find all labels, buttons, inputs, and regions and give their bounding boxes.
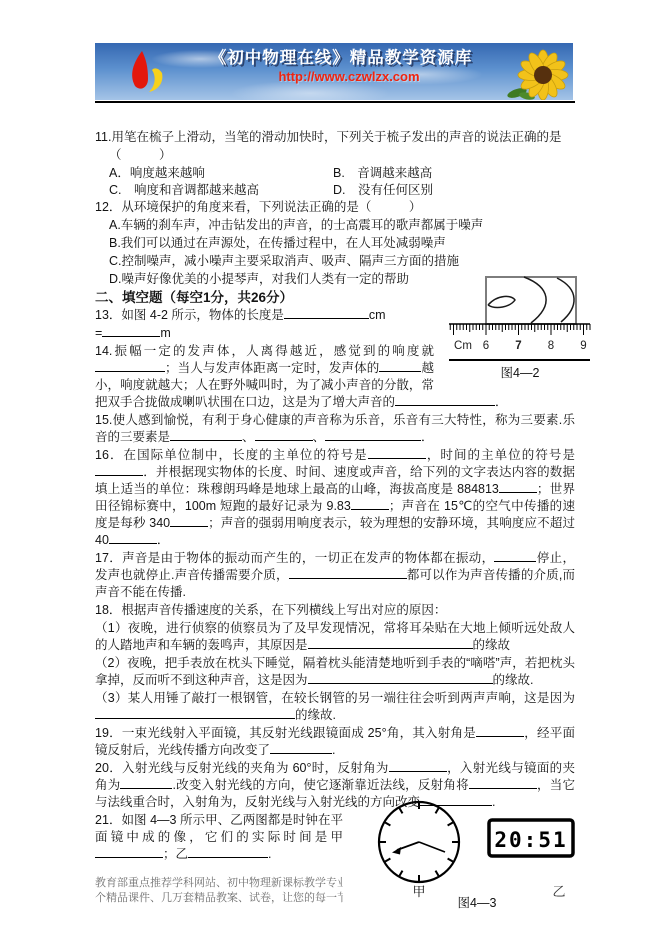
- answer-blank: [109, 532, 157, 544]
- svg-text:7: 7: [515, 340, 521, 352]
- answer-blank: [325, 429, 421, 441]
- digital-clock-time: 20:51: [494, 828, 567, 852]
- question-11-stem: 11.用笔在梳子上滑动，当笔的滑动加快时，下列关于梳子发出的声音的说法正确的是: [95, 129, 575, 146]
- answer-blank: [499, 481, 537, 493]
- figure-4-3: 20:51 甲 乙 图4—3: [347, 800, 575, 912]
- answer-blank: [95, 464, 143, 476]
- figure-4-2-caption: 图4—2: [501, 366, 540, 380]
- question-18-part2: （2）夜晚，把手表放在枕头下睡觉，隔着枕头能清楚地听到手表的“嘀嗒”声，若把枕头…: [95, 655, 575, 689]
- answer-blank: [420, 794, 492, 806]
- clock-figure: 20:51 甲 乙 图4—3: [347, 800, 575, 912]
- label-jia: 甲: [412, 884, 425, 899]
- answer-blank: [170, 429, 242, 441]
- question-18-part3: （3）某人用锤了敲打一根钢管，在较长钢管的另一端往往会听到两声声响，这是因为的缘…: [95, 690, 575, 724]
- svg-text:8: 8: [548, 340, 554, 352]
- page-footer: 教育部重点推荐学科网站、初中物理新课标教学专业性网站…【社 个精品课件、几万套精…: [95, 876, 343, 906]
- banner-rule: [95, 101, 575, 103]
- exam-page: 《初中物理在线》精品教学资源库 http://www.czwlzx.com: [95, 0, 575, 906]
- answer-blank: [494, 550, 536, 562]
- svg-text:9: 9: [580, 340, 586, 352]
- answer-blank: [289, 567, 407, 579]
- answer-blank: [351, 498, 389, 510]
- answer-blank: [95, 846, 163, 858]
- option-11b: B. 音调越来越高: [333, 165, 432, 182]
- footer-line-1: 教育部重点推荐学科网站、初中物理新课标教学专业性网站…【社: [95, 876, 343, 891]
- ruler-tick-marks: [450, 324, 590, 335]
- ruler-figure: Cm 6 7 8 9 图4—2: [440, 269, 592, 383]
- option-12b: B.我们可以通过在声源处，在传播过程中，在人耳处减弱噪声: [95, 235, 575, 252]
- answer-blank: [188, 846, 268, 858]
- question-15: 15.使人感到愉悦，有利于身心健康的声音称为乐音，乐音有三大特性，称为三要素.乐…: [95, 412, 575, 446]
- option-11c: C. 响度和音调都越来越高: [109, 182, 333, 199]
- answer-blank: [308, 637, 473, 649]
- ruler-unit-label: Cm: [454, 340, 472, 352]
- option-11d: D. 没有任何区别: [333, 182, 433, 199]
- clock-hand-arrowhead: [392, 847, 401, 855]
- answer-blank: [102, 325, 160, 337]
- sunflower-image: [505, 49, 569, 100]
- banner-title: 《初中物理在线》精品教学资源库: [95, 43, 573, 67]
- question-11-paren: （ ）: [95, 147, 575, 164]
- site-banner: 《初中物理在线》精品教学资源库 http://www.czwlzx.com: [95, 43, 573, 100]
- answer-blank: [389, 760, 447, 772]
- svg-text:6: 6: [483, 340, 489, 352]
- answer-blank: [95, 707, 295, 719]
- figure-4-3-caption: 图4—3: [458, 896, 497, 910]
- question-12-stem: 12．从环境保护的角度来看，下列说法正确的是（ ）: [95, 199, 575, 216]
- label-yi: 乙: [552, 884, 565, 899]
- answer-blank: [368, 447, 426, 459]
- footer-line-2: 个精品课件、几万套精品教案、试卷，让您的每一节课都能在这里: [95, 891, 343, 906]
- question-18-stem: 18．根据声音传播速度的关系，在下列横线上写出对应的原因：: [95, 602, 575, 619]
- ruler-tick-labels: Cm 6 7 8 9: [454, 340, 587, 352]
- question-16: 16．在国际单位制中，长度的主单位的符号是，时间的主单位的符号是．并根据现实物体…: [95, 447, 575, 549]
- question-19: 19．一束光线射入平面镜，其反射光线跟镜面成 25°角，其入射角是，经平面镜反射…: [95, 725, 575, 759]
- clock-hour-hand: [419, 842, 445, 852]
- answer-blank: [95, 360, 165, 372]
- answer-blank: [270, 742, 332, 754]
- answer-blank: [255, 429, 313, 441]
- question-11-options-row1: A．响度越来越响 B. 音调越来越高: [95, 165, 575, 182]
- measured-object-curves: [488, 277, 574, 323]
- answer-blank: [120, 777, 172, 789]
- option-11a: A．响度越来越响: [109, 165, 333, 182]
- answer-blank: [379, 360, 421, 372]
- answer-blank: [308, 672, 493, 684]
- answer-blank: [476, 725, 524, 737]
- answer-blank: [170, 515, 208, 527]
- measured-object-outline: [486, 277, 576, 324]
- figure-4-2: Cm 6 7 8 9 图4—2: [440, 269, 592, 383]
- answer-blank: [469, 777, 537, 789]
- banner-url: http://www.czwlzx.com: [95, 68, 573, 85]
- question-11-options-row2: C. 响度和音调都越来越高 D. 没有任何区别: [95, 182, 575, 199]
- question-18-part1: （1）夜晚，进行侦察的侦察员为了及早发现情况，常将耳朵贴在大地上倾听远处敌人的人…: [95, 620, 575, 654]
- question-17: 17．声音是由于物体的振动而产生的，一切正在发声的物体都在振动，停止，发声也就停…: [95, 550, 575, 601]
- answer-blank: [395, 394, 495, 406]
- option-12a: A.车辆的刹车声，冲击钻发出的声音，的士高震耳的歌声都属于噪声: [95, 217, 575, 234]
- answer-blank: [284, 307, 369, 319]
- option-12c: C.控制噪声，减小噪声主要采取消声、吸声、隔声三方面的措施: [95, 253, 575, 270]
